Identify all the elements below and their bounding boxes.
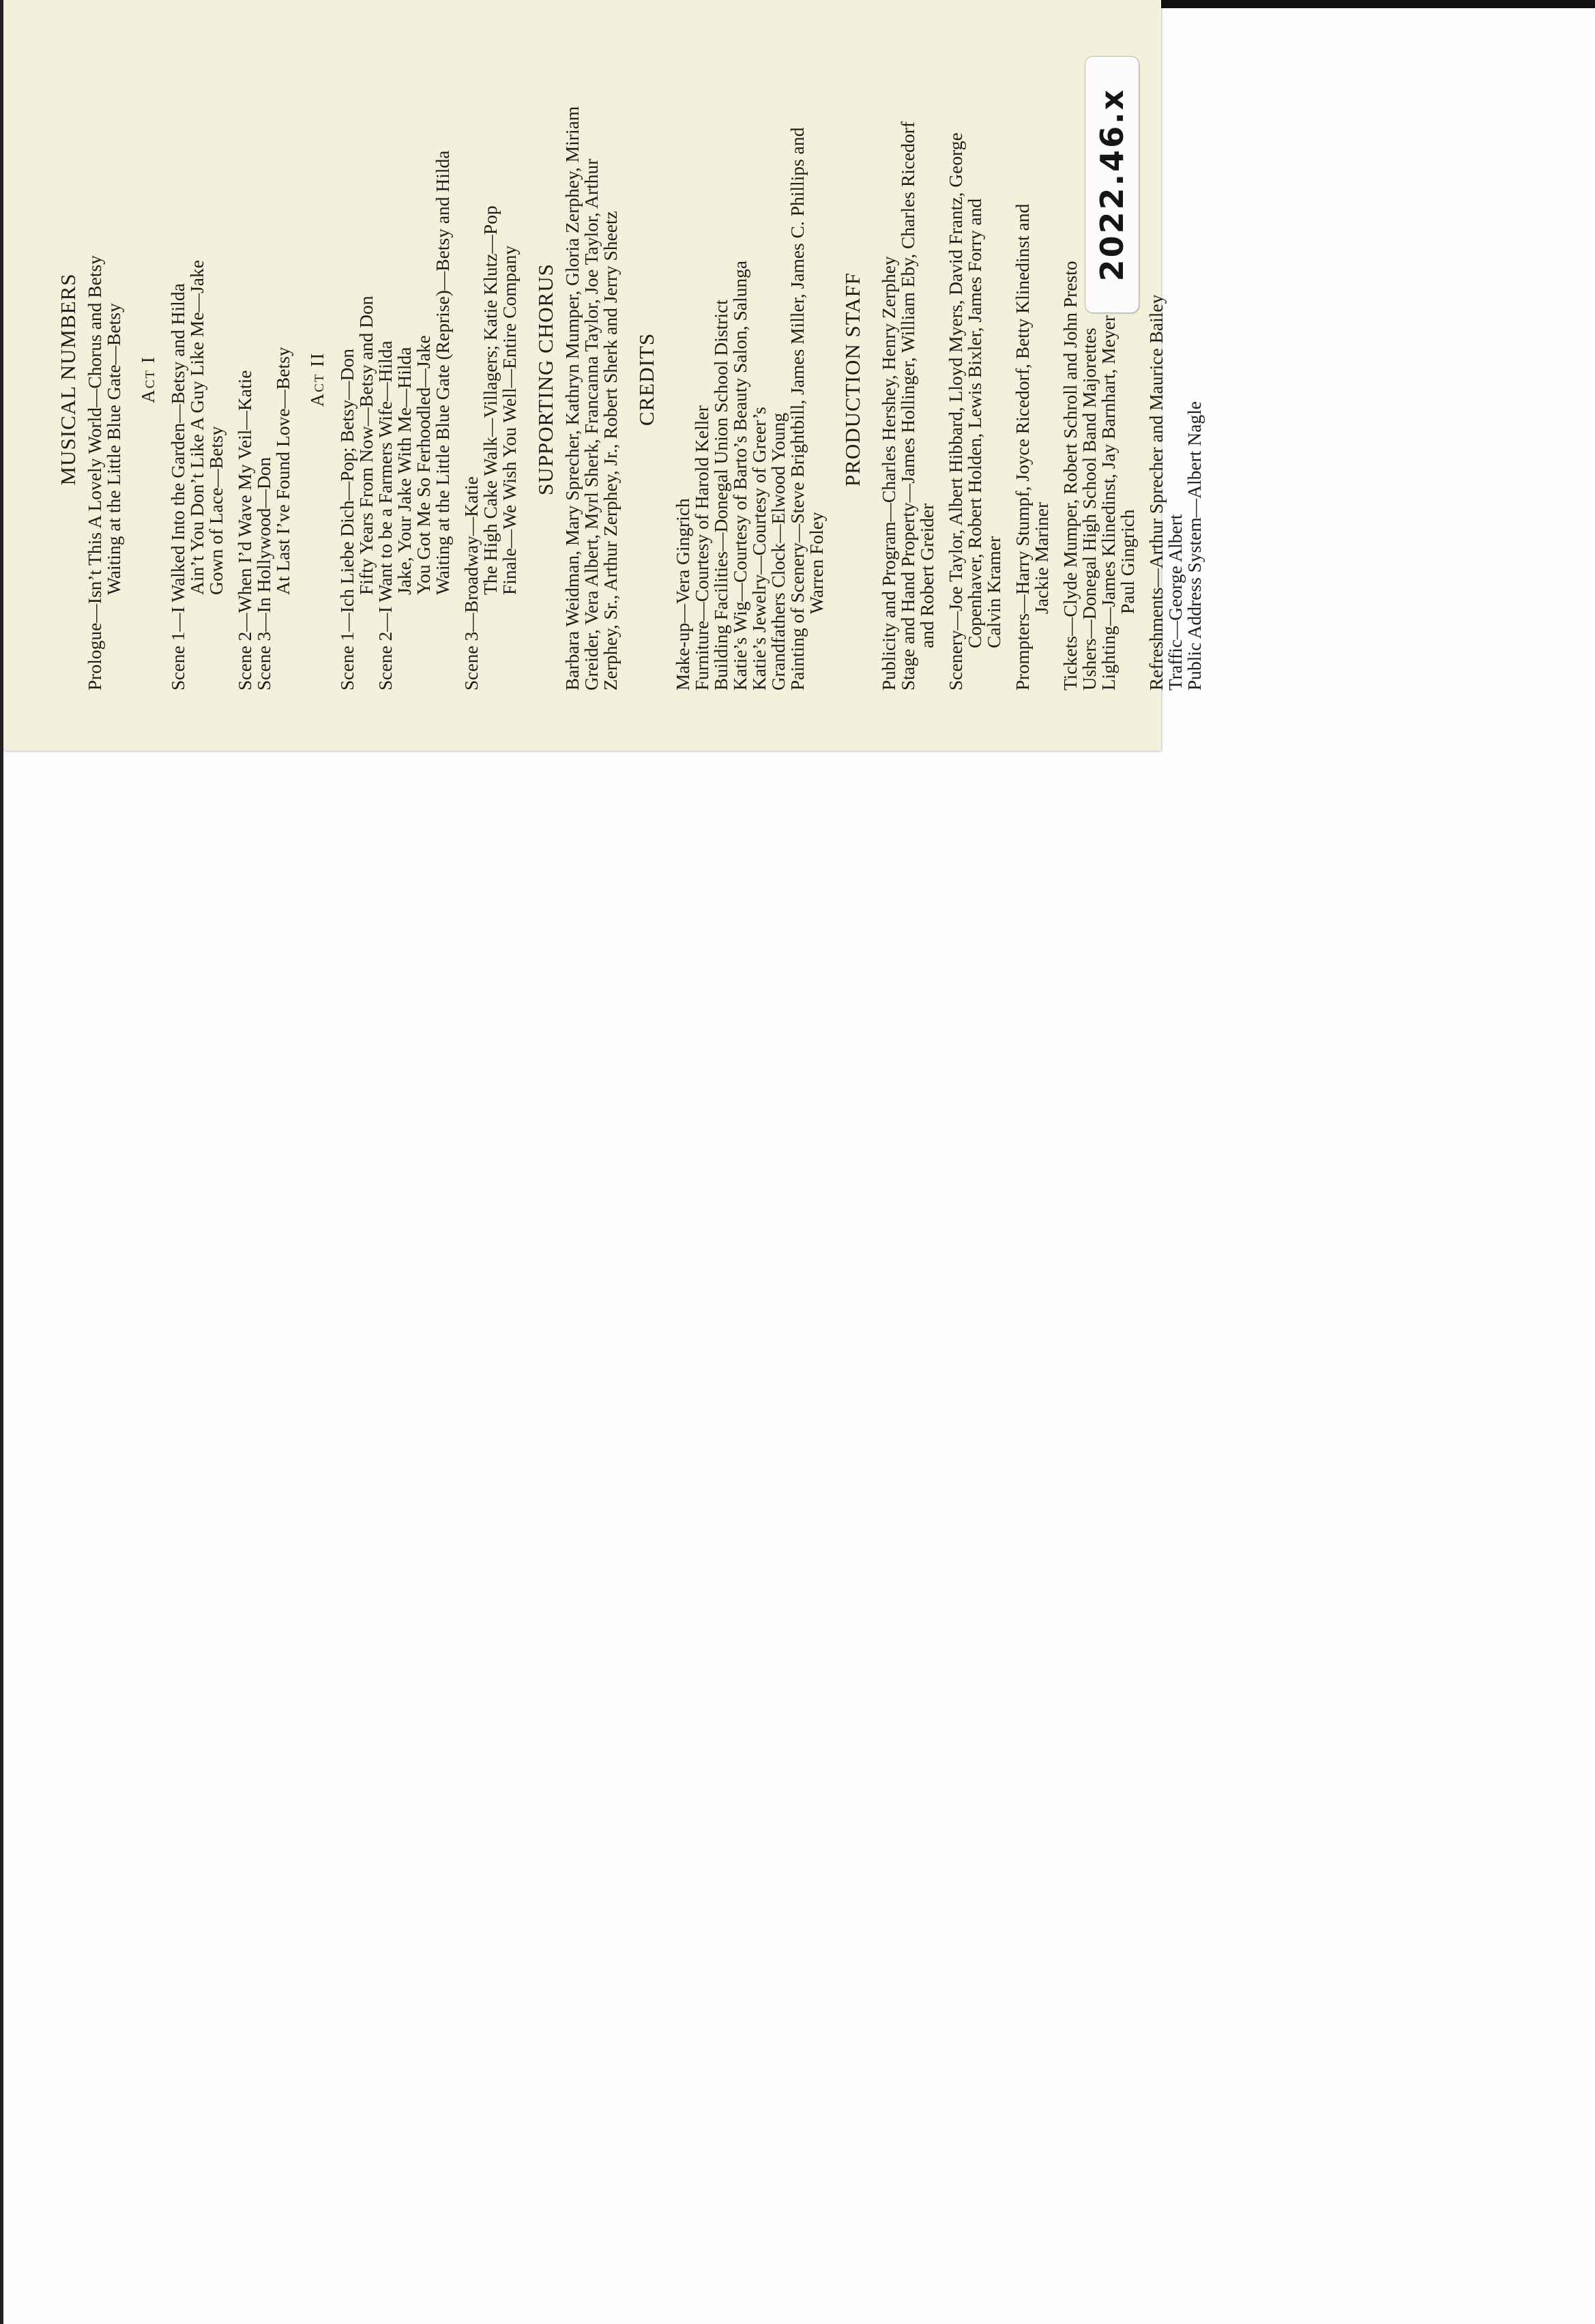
- song-line: Ain’t You Don’t Like A Guy Like Me—Jake: [188, 41, 207, 691]
- accession-number: 2022.46.x: [1085, 57, 1139, 313]
- credits-heading: CREDITS: [635, 41, 658, 691]
- song-line: At Last I’ve Found Love—Betsy: [274, 41, 293, 691]
- credit-line: Grandfathers Clock—Elwood Young: [769, 41, 788, 691]
- song-line: Scene 2—I Want to be a Farmers Wife—Hild…: [376, 41, 395, 691]
- song-line: Finale—We Wish You Well—Entire Company: [500, 41, 519, 691]
- song-line: Jake, Your Jake With Me—Hilda: [395, 41, 414, 691]
- song-line: Scene 3—Broadway—Katie: [462, 41, 481, 691]
- accession-number-label: 2022.46.x: [1085, 56, 1139, 313]
- song-line: Fifty Years From Now—Betsy and Don: [357, 41, 376, 691]
- musical-numbers-heading: MUSICAL NUMBERS: [57, 41, 80, 691]
- song-line: Waiting at the Little Blue Gate (Reprise…: [433, 41, 452, 691]
- song-line: Scene 1—Ich Liebe Dich—Pop; Betsy—Don: [338, 41, 357, 691]
- staff-line: Prompters—Harry Stumpf, Joyce Ricedorf, …: [1013, 41, 1032, 691]
- staff-line: Tickets—Clyde Mumper, Robert Schroll and…: [1061, 41, 1080, 691]
- prologue-line: Prologue—Isn’t This A Lovely World—Choru…: [85, 41, 104, 691]
- song-line: The High Cake Walk—Villagers; Katie Klut…: [481, 41, 500, 691]
- song-line: Scene 2—When I’d Wave My Veil—Katie: [235, 41, 254, 691]
- staff-line: Refreshments—Arthur Sprecher and Maurice…: [1147, 41, 1166, 691]
- chorus-names-line: Barbara Weidman, Mary Sprecher, Kathryn …: [563, 41, 582, 691]
- supporting-chorus-heading: SUPPORTING CHORUS: [534, 41, 557, 691]
- chorus-names-line: Zerphey, Sr., Arthur Zerphey, Jr., Rober…: [601, 41, 620, 691]
- program-page: MUSICAL NUMBERS Prologue—Isn’t This A Lo…: [3, 0, 1161, 751]
- credit-line: Painting of Scenery—Steve Brightbill, Ja…: [788, 41, 807, 691]
- rotated-content: MUSICAL NUMBERS Prologue—Isn’t This A Lo…: [3, 0, 1161, 751]
- staff-line: Stage and Hand Property—James Hollinger,…: [898, 41, 918, 691]
- act-2-heading: Act II: [308, 41, 327, 691]
- staff-line: Scenery—Joe Taylor, Albert Hibbard, Lloy…: [946, 41, 965, 691]
- staff-line: Public Address System—Albert Nagle: [1185, 41, 1204, 691]
- credit-line: Warren Foley: [807, 41, 826, 691]
- song-line: Scene 1—I Walked Into the Garden—Betsy a…: [169, 41, 188, 691]
- scanner-edge-top: [1160, 0, 1595, 8]
- staff-line: Calvin Kramer: [984, 41, 1004, 691]
- credit-line: Katie’s Wig—Courtesy of Barto’s Beauty S…: [731, 41, 750, 691]
- act-1-heading: Act I: [138, 41, 158, 691]
- credit-line: Building Facilities—Donegal Union School…: [712, 41, 731, 691]
- song-line: Scene 3—In Hollywood—Don: [254, 41, 274, 691]
- production-staff-heading: PRODUCTION STAFF: [841, 41, 864, 691]
- credit-line: Katie’s Jewelry—Courtesy of Greer’s: [750, 41, 769, 691]
- staff-line: Jackie Mariner: [1032, 41, 1051, 691]
- chorus-names-line: Greider, Vera Albert, Myrl Sherk, Franca…: [582, 41, 601, 691]
- staff-line: Publicity and Program—Charles Hershey, H…: [879, 41, 898, 691]
- staff-line: Traffic—George Albert: [1166, 41, 1185, 691]
- credit-line: Furniture—Courtesy of Harold Keller: [692, 41, 712, 691]
- song-line: Gown of Lace—Betsy: [207, 41, 226, 691]
- credit-line: Make-up—Vera Gingrich: [673, 41, 692, 691]
- staff-line: and Robert Greider: [918, 41, 937, 691]
- staff-line: Copenhaver, Robert Holden, Lewis Bixler,…: [965, 41, 984, 691]
- prologue-line: Waiting at the Little Blue Gate—Betsy: [104, 41, 123, 691]
- song-line: You Got Me So Ferhoodled—Jake: [414, 41, 433, 691]
